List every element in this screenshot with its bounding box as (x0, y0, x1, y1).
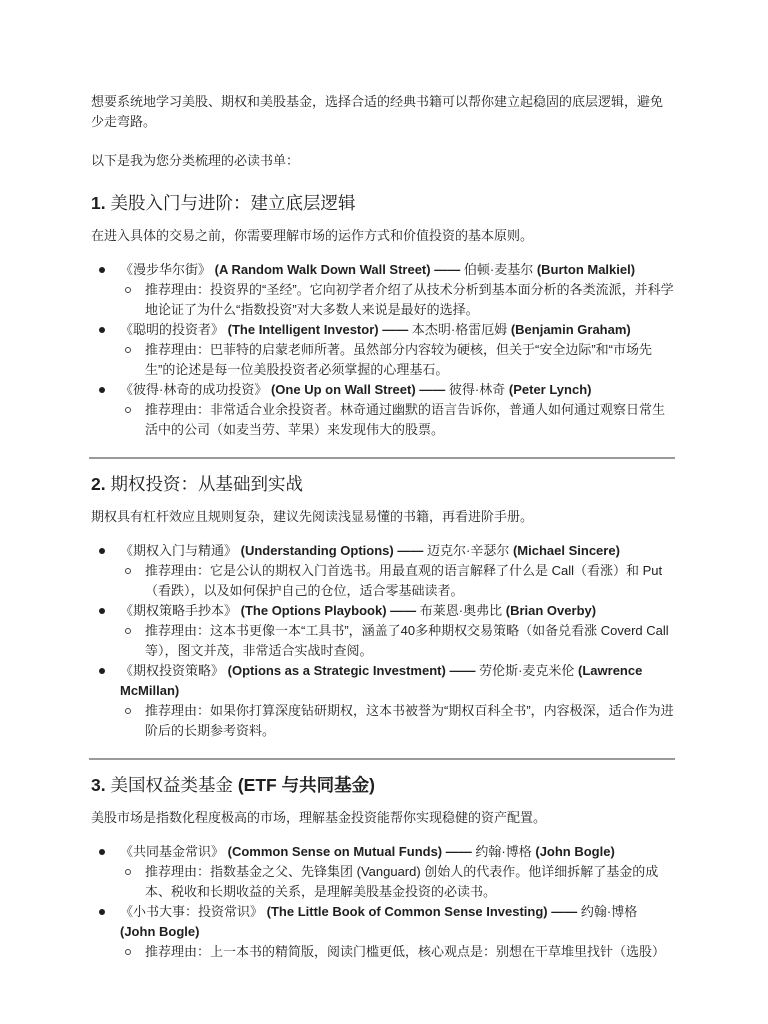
reason-list: 推荐理由：非常适合业余投资者。林奇通过幽默的语言告诉你，普通人如何通过观察日常生… (120, 400, 674, 440)
section-us-stocks: 1. 美股入门与进阶：建立底层逻辑 在进入具体的交易之前，你需要理解市场的运作方… (91, 190, 674, 440)
book-author-cn: 约翰·博格 (581, 904, 637, 919)
book-author-en: (Brian Overby) (506, 603, 596, 618)
reason-list: 推荐理由：这本书更像一本“工具书”，涵盖了40多种期权交易策略（如备兑看涨 Co… (120, 621, 674, 661)
book-list: 《漫步华尔街》 (A Random Walk Down Wall Street)… (91, 260, 674, 440)
book-title-en: (Common Sense on Mutual Funds) (228, 844, 443, 859)
book-list: 《期权入门与精通》 (Understanding Options) —— 迈克尔… (91, 541, 674, 741)
hollow-bullet-icon (125, 287, 131, 293)
book-author-cn: 迈克尔·辛瑟尔 (427, 543, 509, 558)
book-author-cn: 彼得·林奇 (449, 382, 505, 397)
book-author-cn: 伯顿·麦基尔 (464, 262, 533, 277)
intro-list-lead: 以下是我为您分类梳理的必读书单： (91, 151, 674, 171)
book-title-cn: 《期权投资策略》 (120, 663, 224, 678)
section-us-equity-funds: 3. 美国权益类基金 (ETF 与共同基金) 美股市场是指数化程度极高的市场，理… (91, 772, 674, 962)
reason-text: 推荐理由：指数基金之父、先锋集团 (Vanguard) 创始人的代表作。他详细拆… (145, 864, 658, 899)
reason-text: 推荐理由：这本书更像一本“工具书”，涵盖了40多种期权交易策略（如备兑看涨 Co… (145, 623, 669, 658)
book-author-cn: 本杰明·格雷厄姆 (412, 322, 507, 337)
hollow-bullet-icon (125, 869, 131, 875)
book-title-en: (A Random Walk Down Wall Street) (215, 262, 431, 277)
section-lead: 在进入具体的交易之前，你需要理解市场的运作方式和价值投资的基本原则。 (91, 226, 674, 246)
section-lead: 美股市场是指数化程度极高的市场，理解基金投资能帮你实现稳健的资产配置。 (91, 808, 674, 828)
book-title-en: (One Up on Wall Street) (271, 382, 416, 397)
book-item: 《小书大事：投资常识》 (The Little Book of Common S… (91, 902, 674, 962)
book-author-en: (Peter Lynch) (509, 382, 592, 397)
book-item: 《期权投资策略》 (Options as a Strategic Investm… (91, 661, 674, 741)
dash: —— (419, 382, 445, 397)
book-author-en: (John Bogle) (120, 924, 199, 939)
document-body: 想要系统地学习美股、期权和美股基金，选择合适的经典书籍可以帮你建立起稳固的底层逻… (91, 92, 674, 962)
book-author-en: (Michael Sincere) (513, 543, 620, 558)
section-number: 3. (91, 775, 106, 795)
reason-text: 推荐理由：上一本书的精简版，阅读门槛更低，核心观点是：别想在干草堆里找针（选股） (145, 944, 665, 959)
reason-text: 推荐理由：它是公认的期权入门首选书。用最直观的语言解释了什么是 Call（看涨）… (145, 563, 662, 598)
reason-item: 推荐理由：巴菲特的启蒙老师所著。虽然部分内容较为硬核，但关于“安全边际”和“市场… (120, 340, 674, 380)
reason-item: 推荐理由：指数基金之父、先锋集团 (Vanguard) 创始人的代表作。他详细拆… (120, 862, 674, 902)
book-author-en: (Benjamin Graham) (511, 322, 631, 337)
section-title-text: 美股入门与进阶：建立底层逻辑 (110, 193, 355, 213)
book-title-cn: 《聪明的投资者》 (120, 322, 224, 337)
section-title-bold: (ETF 与共同基金) (238, 775, 375, 795)
reason-text: 推荐理由：非常适合业余投资者。林奇通过幽默的语言告诉你，普通人如何通过观察日常生… (145, 402, 665, 437)
section-title: 3. 美国权益类基金 (ETF 与共同基金) (91, 772, 674, 798)
section-title: 1. 美股入门与进阶：建立底层逻辑 (91, 190, 674, 216)
section-title-text: 美国权益类基金 (110, 775, 237, 795)
book-author-cn: 约翰·博格 (475, 844, 531, 859)
book-title-cn: 《漫步华尔街》 (120, 262, 211, 277)
dash: —— (434, 262, 460, 277)
reason-list: 推荐理由：如果你打算深度钻研期权，这本书被誉为“期权百科全书”，内容极深，适合作… (120, 701, 674, 741)
book-title-cn: 《彼得·林奇的成功投资》 (120, 382, 267, 397)
bullet-icon (99, 608, 105, 614)
book-item: 《共同基金常识》 (Common Sense on Mutual Funds) … (91, 842, 674, 902)
bullet-icon (99, 849, 105, 855)
book-title-en: (Understanding Options) (241, 543, 394, 558)
reason-item: 推荐理由：这本书更像一本“工具书”，涵盖了40多种期权交易策略（如备兑看涨 Co… (120, 621, 674, 661)
horizontal-rule (89, 457, 675, 459)
reason-item: 推荐理由：投资界的“圣经”。它向初学者介绍了从技术分析到基本面分析的各类流派，并… (120, 280, 674, 320)
hollow-bullet-icon (125, 347, 131, 353)
reason-item: 推荐理由：它是公认的期权入门首选书。用最直观的语言解释了什么是 Call（看涨）… (120, 561, 674, 601)
horizontal-rule (89, 758, 675, 760)
section-number: 2. (91, 474, 106, 494)
hollow-bullet-icon (125, 949, 131, 955)
book-author-cn: 布莱恩·奥弗比 (420, 603, 502, 618)
dash: —— (449, 663, 475, 678)
hollow-bullet-icon (125, 628, 131, 634)
dash: —— (551, 904, 577, 919)
dash: —— (397, 543, 423, 558)
dash: —— (390, 603, 416, 618)
section-lead: 期权具有杠杆效应且规则复杂，建议先阅读浅显易懂的书籍，再看进阶手册。 (91, 507, 674, 527)
reason-text: 推荐理由：投资界的“圣经”。它向初学者介绍了从技术分析到基本面分析的各类流派，并… (145, 282, 674, 317)
book-title-cn: 《期权策略手抄本》 (120, 603, 237, 618)
reason-list: 推荐理由：上一本书的精简版，阅读门槛更低，核心观点是：别想在干草堆里找针（选股） (120, 942, 674, 962)
hollow-bullet-icon (125, 407, 131, 413)
bullet-icon (99, 387, 105, 393)
hollow-bullet-icon (125, 568, 131, 574)
book-author-en: (Burton Malkiel) (537, 262, 635, 277)
section-number: 1. (91, 193, 106, 213)
book-item: 《漫步华尔街》 (A Random Walk Down Wall Street)… (91, 260, 674, 320)
hollow-bullet-icon (125, 708, 131, 714)
reason-text: 推荐理由：巴菲特的启蒙老师所著。虽然部分内容较为硬核，但关于“安全边际”和“市场… (145, 342, 652, 377)
reason-list: 推荐理由：投资界的“圣经”。它向初学者介绍了从技术分析到基本面分析的各类流派，并… (120, 280, 674, 320)
reason-text: 推荐理由：如果你打算深度钻研期权，这本书被誉为“期权百科全书”，内容极深，适合作… (145, 703, 674, 738)
reason-list: 推荐理由：巴菲特的启蒙老师所著。虽然部分内容较为硬核，但关于“安全边际”和“市场… (120, 340, 674, 380)
reason-item: 推荐理由：非常适合业余投资者。林奇通过幽默的语言告诉你，普通人如何通过观察日常生… (120, 400, 674, 440)
book-item: 《期权入门与精通》 (Understanding Options) —— 迈克尔… (91, 541, 674, 601)
book-title-en: (Options as a Strategic Investment) (228, 663, 446, 678)
reason-item: 推荐理由：上一本书的精简版，阅读门槛更低，核心观点是：别想在干草堆里找针（选股） (120, 942, 674, 962)
bullet-icon (99, 909, 105, 915)
book-item: 《聪明的投资者》 (The Intelligent Investor) —— 本… (91, 320, 674, 380)
reason-item: 推荐理由：如果你打算深度钻研期权，这本书被誉为“期权百科全书”，内容极深，适合作… (120, 701, 674, 741)
dash: —— (446, 844, 472, 859)
dash: —— (382, 322, 408, 337)
section-options: 2. 期权投资：从基础到实战 期权具有杠杆效应且规则复杂，建议先阅读浅显易懂的书… (91, 471, 674, 741)
book-item: 《期权策略手抄本》 (The Options Playbook) —— 布莱恩·… (91, 601, 674, 661)
book-title-cn: 《共同基金常识》 (120, 844, 224, 859)
book-author-cn: 劳伦斯·麦克米伦 (479, 663, 574, 678)
book-item: 《彼得·林奇的成功投资》 (One Up on Wall Street) —— … (91, 380, 674, 440)
bullet-icon (99, 327, 105, 333)
book-title-en: (The Intelligent Investor) (228, 322, 379, 337)
document-page: 想要系统地学习美股、期权和美股基金，选择合适的经典书籍可以帮你建立起稳固的底层逻… (0, 0, 768, 1024)
reason-list: 推荐理由：它是公认的期权入门首选书。用最直观的语言解释了什么是 Call（看涨）… (120, 561, 674, 601)
intro-paragraph: 想要系统地学习美股、期权和美股基金，选择合适的经典书籍可以帮你建立起稳固的底层逻… (91, 92, 674, 132)
bullet-icon (99, 668, 105, 674)
section-title-text: 期权投资：从基础到实战 (110, 474, 303, 494)
book-author-en: (John Bogle) (535, 844, 614, 859)
book-list: 《共同基金常识》 (Common Sense on Mutual Funds) … (91, 842, 674, 962)
bullet-icon (99, 548, 105, 554)
reason-list: 推荐理由：指数基金之父、先锋集团 (Vanguard) 创始人的代表作。他详细拆… (120, 862, 674, 902)
book-title-en: (The Little Book of Common Sense Investi… (267, 904, 548, 919)
book-title-en: (The Options Playbook) (241, 603, 387, 618)
book-title-cn: 《小书大事：投资常识》 (120, 904, 263, 919)
section-title: 2. 期权投资：从基础到实战 (91, 471, 674, 497)
bullet-icon (99, 267, 105, 273)
book-title-cn: 《期权入门与精通》 (120, 543, 237, 558)
